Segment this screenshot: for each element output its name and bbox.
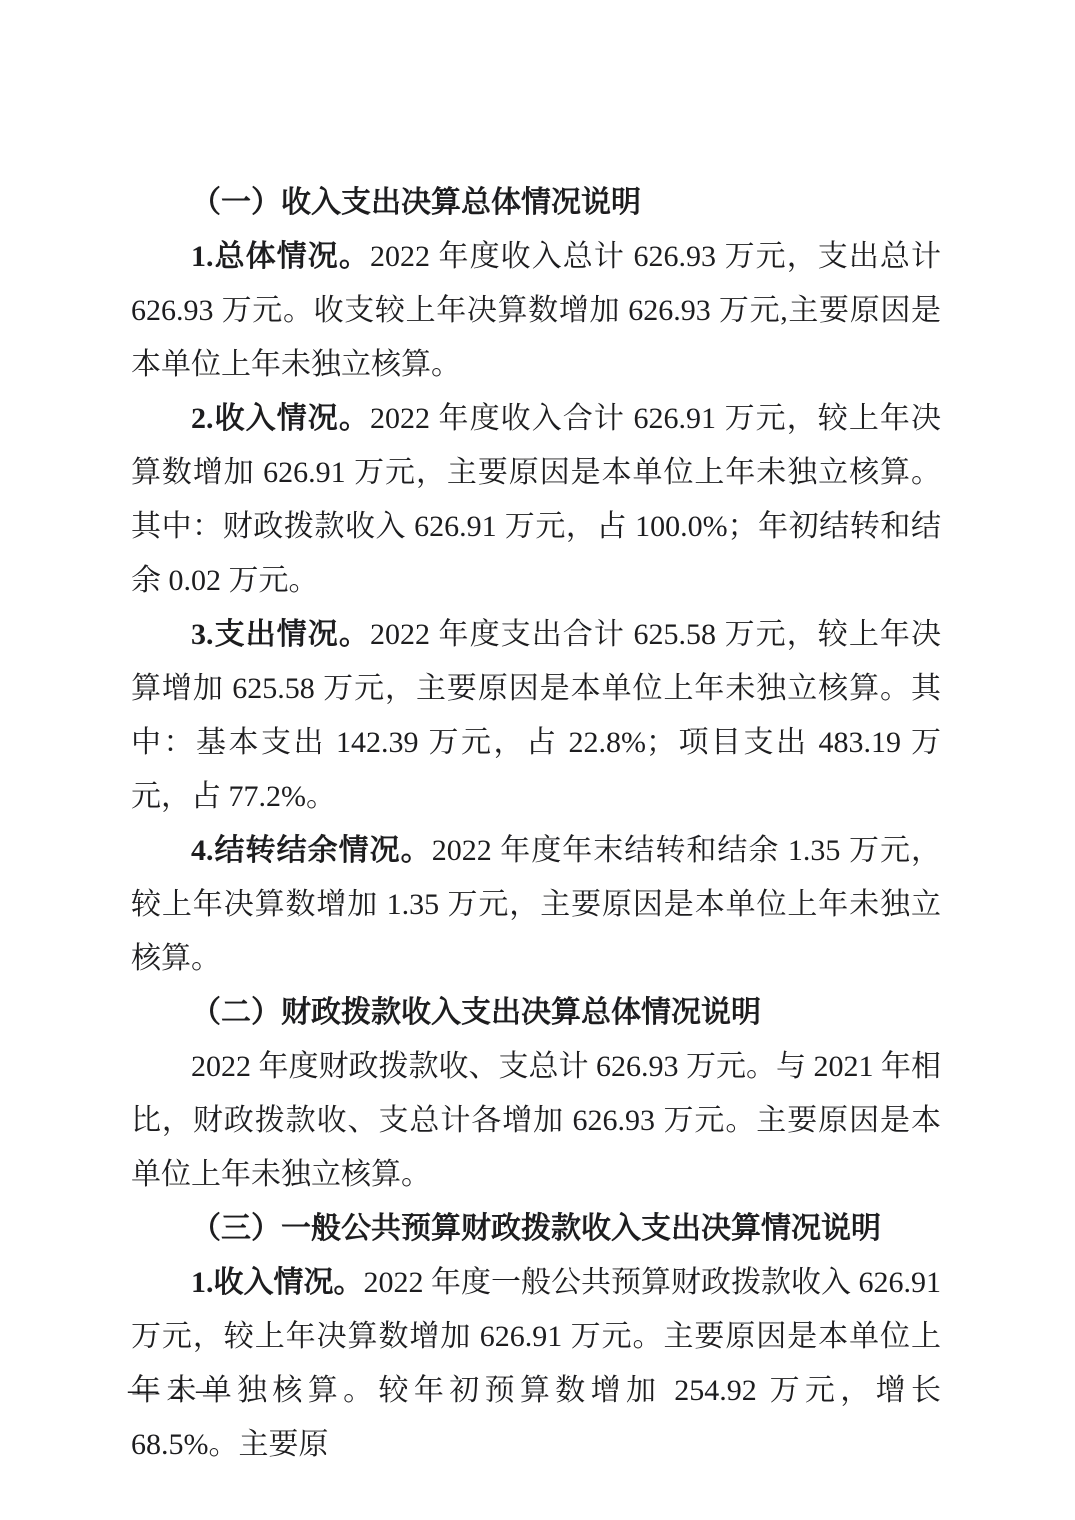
section-heading-text: （一）收入支出决算总体情况说明	[191, 186, 641, 219]
document-body: （一）收入支出决算总体情况说明1.总体情况。2022 年度收入总计 626.93…	[131, 176, 941, 1472]
paragraph: 3.支出情况。2022 年度支出合计 625.58 万元，较上年决算增加 625…	[131, 608, 941, 824]
paragraph-lead: 4.结转结余情况。	[191, 834, 432, 867]
paragraph: 1.收入情况。2022 年度一般公共预算财政拨款收入 626.91 万元，较上年…	[131, 1256, 941, 1472]
document-page: （一）收入支出决算总体情况说明1.总体情况。2022 年度收入总计 626.93…	[0, 0, 1075, 1520]
paragraph-lead: 1.总体情况。	[191, 240, 370, 273]
section-heading: （二）财政拨款收入支出决算总体情况说明	[131, 986, 941, 1040]
page-number: — 2 —	[128, 1368, 228, 1412]
section-heading-text: （三）一般公共预算财政拨款收入支出决算情况说明	[191, 1212, 881, 1245]
section-heading-text: （二）财政拨款收入支出决算总体情况说明	[191, 996, 761, 1029]
section-heading: （一）收入支出决算总体情况说明	[131, 176, 941, 230]
paragraph-lead: 3.支出情况。	[191, 618, 370, 651]
paragraph-lead: 1.收入情况。	[191, 1266, 364, 1299]
paragraph-lead: 2.收入情况。	[191, 402, 370, 435]
paragraph: 2.收入情况。2022 年度收入合计 626.91 万元，较上年决算数增加 62…	[131, 392, 941, 608]
paragraph: 1.总体情况。2022 年度收入总计 626.93 万元，支出总计 626.93…	[131, 230, 941, 392]
paragraph: 2022 年度财政拨款收、支总计 626.93 万元。与 2021 年相比，财政…	[131, 1040, 941, 1202]
section-heading: （三）一般公共预算财政拨款收入支出决算情况说明	[131, 1202, 941, 1256]
paragraph: 4.结转结余情况。2022 年度年末结转和结余 1.35 万元，较上年决算数增加…	[131, 824, 941, 986]
paragraph-text: 2022 年度财政拨款收、支总计 626.93 万元。与 2021 年相比，财政…	[131, 1050, 941, 1191]
